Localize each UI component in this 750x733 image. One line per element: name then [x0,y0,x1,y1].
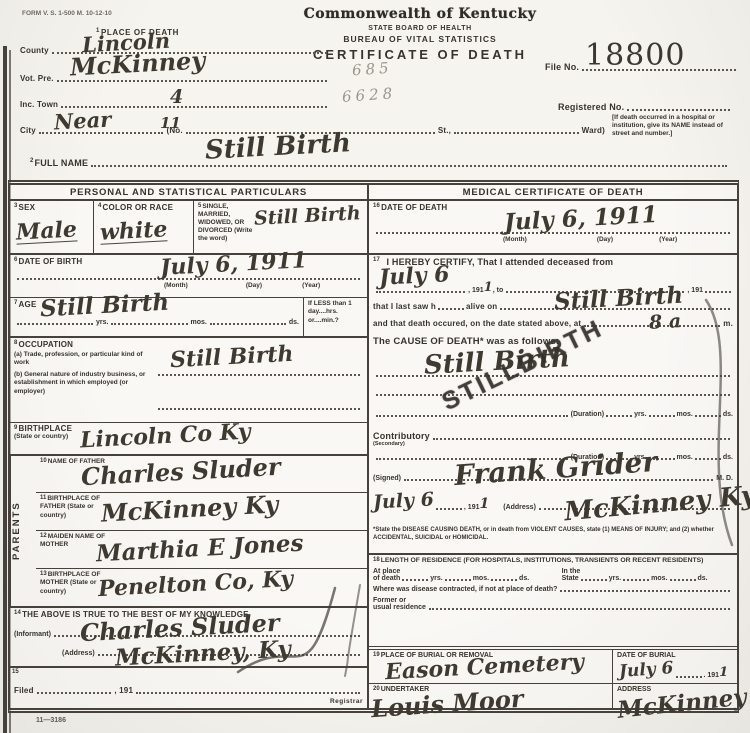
death-certificate-scan: { "paper": { "form_no": "FORM V. S. 1-50… [0,0,750,733]
sex-value: Male [15,218,77,244]
file-no-row: File No. 18800 [545,62,739,72]
marital-number: 5 [198,203,201,209]
dotted-leader [560,590,730,592]
certify-to-label: , to [493,287,504,294]
full-name-label: 2FULL NAME [30,158,88,168]
inc-town-value: 4 [170,88,183,107]
burial-row: 19PLACE OF BURIAL OR REMOVAL Eason Cemet… [369,650,737,684]
birth-date-cell: 6DATE OF BIRTH (Month) (Day) (Year) July… [10,255,367,299]
dotted-leader [623,579,649,581]
undertaker-name: Louis Moor [370,687,524,722]
pencil-mark-2: 6628 [341,84,396,106]
occupation-line-b: (b) General nature of industry business,… [14,371,154,395]
state-mos: mos. [651,575,667,582]
sex-cell: 3SEX Male [10,201,94,253]
dotted-leader [429,608,730,610]
dotted-leader [627,109,730,111]
duration-label: (Duration) [571,411,604,418]
certificate-body: PERSONAL AND STATISTICAL PARTICULARS 3SE… [8,180,739,713]
former-line2: usual residence [373,604,426,611]
mother-birthplace-number: 13 [40,571,47,577]
day-sublabel: (Day) [246,282,262,289]
residence-label: LENGTH OF RESIDENCE (FOR HOSPITALS, INST… [381,557,704,564]
file-no-value: 18800 [585,38,685,73]
in-the-line2: State [562,575,579,582]
dotted-leader [91,165,727,167]
at-place-line1: At place [373,568,562,575]
mother-birthplace-value: Penelton Co, Ky [98,568,294,600]
father-name-cell: 10NAME OF FATHER Charles Sluder [36,456,367,493]
certify-year-stub2: , 191 [687,287,703,294]
footnote-text: *State the DISEASE CAUSING DEATH, or in … [373,527,733,542]
filed-section: 15 Filed , 191 Registrar [10,668,367,708]
race-value: white [99,218,168,244]
in-the-line1: In the [562,568,733,575]
yrs-label: yrs. [96,319,108,326]
certify-from-value: July 6 [378,263,450,289]
marital-cell: 5SINGLE, MARRIED, WIDOWED, OR DIVORCED (… [194,201,367,253]
burial-year-print: . 191 [704,672,720,679]
full-name-text: FULL NAME [35,158,89,168]
dotted-leader [376,415,568,417]
sex-race-marital-row: 3SEX Male 4COLOR OR RACE white 5SINGLE, … [10,201,367,255]
dotted-leader [376,291,465,293]
race-number: 4 [98,203,102,209]
race-cell: 4COLOR OR RACE white [94,201,194,253]
age-label: AGE [19,300,37,309]
dotted-leader [695,415,721,417]
physician-address: McKinney Ky [563,483,750,526]
undertaker-number: 20 [373,686,380,692]
certify-number: 17 [373,257,380,263]
dotted-leader [445,579,471,581]
dotted-leader [606,415,632,417]
birth-date-value: July 6, 1911 [160,249,308,279]
city-value: Near [53,109,111,133]
dotted-leader [491,579,517,581]
dotted-leader [581,579,607,581]
father-name-number: 10 [40,458,47,464]
informant-number: 14 [14,610,21,616]
dotted-leader [676,676,702,678]
informant-section: 14THE ABOVE IS TRUE TO THE BEST OF MY KN… [10,608,367,668]
age-row: 7AGE yrs. mos. ds. Still Birth If LESS t… [10,298,367,338]
age-number: 7 [14,300,18,306]
contributory-label: Contributory [373,431,430,441]
city-label: City [20,126,36,135]
signed-address-label: (Address) [503,504,536,511]
burial-number: 19 [373,652,380,658]
dotted-leader [649,415,675,417]
death-time-value: 8 a [649,312,682,333]
precinct-row: Vot. Pre. McKinney [20,74,330,83]
informant-address-value: McKinney, Ky [115,638,292,670]
signed-year-hw: 1 [479,497,489,511]
dotted-leader [17,323,93,325]
full-name-value: Still Birth [204,130,351,164]
certify-year-print: , 191 [468,287,484,294]
parents-section: PARENTS 10NAME OF FATHER Charles Sluder … [10,456,367,608]
precinct-value: McKinney [69,48,205,79]
sex-number: 3 [14,203,18,209]
death-occured-label: and that death occured, on the date stat… [373,319,581,328]
undertaker-address-cell: ADDRESS McKinney Ky [613,684,737,708]
dotted-leader [57,80,327,82]
father-birthplace-value: McKinney Ky [100,493,278,526]
mother-name-value: Marthia E Jones [96,532,304,566]
birthplace-value: Lincoln Co Ky [80,421,252,452]
occupation-label: OCCUPATION [19,340,74,349]
occupation-number: 8 [14,340,18,346]
age-value: Still Birth [39,291,169,321]
duration-ds: ds. [723,411,733,418]
dotted-leader [695,458,721,460]
burial-year-hw: 1 [719,666,728,679]
res-ds: ds. [519,575,529,582]
occupation-line-a: (a) Trade, profession, or particular kin… [14,351,154,367]
inc-town-row: Inc. Town 4 [20,100,330,109]
father-birthplace-number: 11 [40,495,46,501]
at-place-line2: of death [373,575,400,582]
medical-column: MEDICAL CERTIFICATE OF DEATH 16DATE OF D… [369,185,737,708]
file-no-label: File No. [545,62,579,72]
alive-on-label: alive on [466,302,497,311]
state-yrs: yrs. [609,575,621,582]
burial-date-cell: DATE OF BURIAL July 6 . 191 1 [613,650,737,683]
death-date-value: July 6, 1911 [504,203,659,234]
death-day-sublabel: (Day) [597,236,613,243]
duration-yrs: yrs. [634,411,646,418]
mother-name-cell: 12MAIDEN NAME OF MOTHER Marthia E Jones [36,531,367,569]
dotted-leader [158,374,360,376]
personal-title: PERSONAL AND STATISTICAL PARTICULARS [10,185,367,201]
less-than-day-note: If LESS than 1 day....hrs. or....min.? [303,298,367,336]
dotted-leader [37,692,112,694]
mos-label: mos. [191,319,207,326]
contrib-ds: ds. [723,454,733,461]
birthplace-label: BIRTHPLACE [19,424,73,433]
burial-place-cell: 19PLACE OF BURIAL OR REMOVAL Eason Cemet… [369,650,613,683]
certify-year-hw: 1 [484,281,493,294]
street-label: St., [438,126,451,135]
alive-on-value: Still Birth [553,284,683,314]
dotted-leader [210,323,286,325]
cause-of-death-section: (Duration) yrs. mos. ds. Still Birth STI… [369,357,737,429]
print-code: 11—3186 [36,717,66,726]
contrib-mos: mos. [677,454,693,461]
parents-vertical-label: PARENTS [10,456,36,606]
duration-mos: mos. [677,411,693,418]
dotted-leader [111,323,187,325]
county-label: County [20,46,49,55]
last-saw-label: that I last saw h [373,302,436,311]
death-date-cell: 16DATE OF DEATH (Month) (Day) (Year) Jul… [369,201,737,255]
full-name-number: 2 [30,158,34,164]
signed-year-print: , 191 [464,504,480,511]
registered-no-row: Registered No. [558,102,733,112]
dotted-leader [438,308,464,310]
personal-column: PERSONAL AND STATISTICAL PARTICULARS 3SE… [10,185,369,708]
year-sublabel: (Year) [302,282,320,289]
residence-section: 18LENGTH OF RESIDENCE (FOR HOSPITALS, IN… [369,555,737,650]
ward-label: Ward) [582,126,605,135]
scan-binding-edge [3,46,7,733]
commonwealth-title: Commonwealth of Kentucky [260,6,580,22]
death-month-sublabel: (Month) [503,236,527,243]
md-label: M. D. [716,475,733,482]
registered-no-label: Registered No. [558,102,624,112]
death-date-label: DATE OF DEATH [381,203,447,212]
signed-date-value: July 6 [373,490,435,512]
state-board-line: STATE BOARD OF HEALTH [260,25,580,32]
time-suffix-label: m. [723,319,733,328]
dotted-leader [670,579,696,581]
res-yrs: yrs. [430,575,442,582]
death-date-number: 16 [373,203,380,209]
death-year-sublabel: (Year) [659,236,677,243]
dotted-leader [402,579,428,581]
state-ds: ds. [698,575,708,582]
residence-number: 18 [373,557,380,563]
city-mark: 11 [160,116,181,131]
burial-date-value: July 6 [618,660,674,681]
undertaker-row: 20UNDERTAKER Louis Moor ADDRESS McKinney… [369,684,737,708]
filed-label: Filed [14,686,34,695]
age-cell: 7AGE yrs. mos. ds. Still Birth [10,298,303,336]
race-label: COLOR OR RACE [103,203,174,212]
form-number: FORM V. S. 1-500 M. 10-12-10 [22,10,112,18]
precinct-label: Vot. Pre. [20,74,54,83]
signed-label: (Signed) [373,475,401,482]
registrar-label: Registrar [14,698,363,706]
father-birthplace-cell: 11BIRTHPLACE OF FATHER (State or country… [36,493,367,531]
mother-birthplace-cell: 13BIRTHPLACE OF MOTHER (State or country… [36,569,367,606]
dotted-leader [136,692,360,694]
inc-town-label: Inc. Town [20,100,58,109]
res-mos: mos. [473,575,489,582]
filed-number: 15 [12,669,19,675]
pencil-mark-1: 685 [351,59,393,80]
birth-date-label: DATE OF BIRTH [19,257,83,266]
dotted-leader [158,408,360,410]
filed-year-stub: , 191 [114,686,133,695]
occupation-value: Still Birth [170,343,294,371]
dotted-leader [433,438,730,440]
sex-label: SEX [19,203,36,212]
full-name-row: 2FULL NAME Still Birth [30,158,730,168]
former-line1: Former or [373,597,733,604]
informant-address-label: (Address) [62,650,95,657]
occupation-cell: 8OCCUPATION (a) Trade, profession, or pa… [10,338,367,423]
burial-date-label: DATE OF BURIAL [617,652,733,659]
birthplace-cell: 9BIRTHPLACE (State or country) Lincoln C… [10,423,367,456]
undertaker-cell: 20UNDERTAKER Louis Moor [369,684,613,708]
secondary-hint: (Secondary) [373,441,733,448]
bureau-line: BUREAU OF VITAL STATISTICS [260,34,580,44]
dotted-leader [454,132,579,134]
dotted-leader [705,291,731,293]
dotted-leader [376,394,730,396]
contracted-label: Where was disease contracted, if not at … [373,586,557,593]
medical-title: MEDICAL CERTIFICATE OF DEATH [369,185,737,201]
contributory-section: Contributory (Secondary) (Duration) yrs.… [369,429,737,525]
ds-label: ds. [289,319,299,326]
father-name-value: Charles Sluder [81,455,282,489]
dotted-leader [436,508,462,510]
informant-label: (Informant) [14,631,51,638]
birth-date-number: 6 [14,257,18,263]
month-sublabel: (Month) [164,282,188,289]
birthplace-number: 9 [14,425,18,431]
hospital-note: [If death occurred in a hospital or inst… [612,114,738,138]
marital-value: Still Birth [254,204,362,229]
cause-footnote: *State the DISEASE CAUSING DEATH, or in … [369,525,737,555]
mother-name-number: 12 [40,533,47,539]
